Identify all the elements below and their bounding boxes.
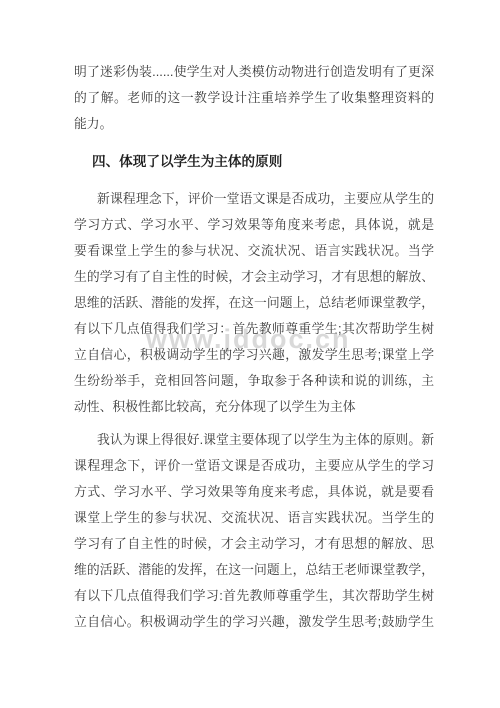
text-line: 维的活跃、潜能的发挥，在这一问题上，总结王老师课堂教学， bbox=[74, 557, 434, 583]
paragraph-opinion: 我认为课上得很好.课堂主要体现了以学生为主体的原则。新 课程理念下，评价一堂语文… bbox=[74, 427, 434, 635]
text-line: 思维的活跃、潜能的发挥，在这一问题上，总结老师课堂教学， bbox=[74, 290, 434, 316]
text-line: 要看课堂上学生的参与状况、交流状况、语言实践状况。当学 bbox=[74, 238, 434, 264]
section-heading: 四、体现了以学生为主体的原则 bbox=[92, 152, 434, 172]
text-line: 的了解。老师的这一教学设计注重培养学生了收集整理资料的 bbox=[74, 85, 434, 111]
text-line: 生的学习有了自主性的时候，才会主动学习，才有思想的解放、 bbox=[74, 264, 434, 290]
text-line: 明了迷彩伪装......使学生对人类模仿动物进行创造发明有了更深 bbox=[74, 59, 434, 85]
text-line: 动性、积极性都比较高，充分体现了以学生为主体 bbox=[74, 394, 434, 420]
text-line: 立自信心。积极调动学生的学习兴趣，激发学生思考;鼓励学生 bbox=[74, 609, 434, 635]
paragraph-evaluation: 新课程理念下，评价一堂语文课是否成功，主要应从学生的 学习方式、学习水平、学习效… bbox=[74, 186, 434, 420]
text-line: 能力。 bbox=[74, 111, 434, 137]
paragraph-continuation: 明了迷彩伪装......使学生对人类模仿动物进行创造发明有了更深 的了解。老师的… bbox=[74, 59, 434, 137]
text-line: 学习有了自主性的时候，才会主动学习，才有思想的解放、思 bbox=[74, 531, 434, 557]
document-page: www.jddoc.cn 明了迷彩伪装......使学生对人类模仿动物进行创造发… bbox=[0, 0, 500, 708]
text-line: 有以下几点值得我们学习:首先教师尊重学生，其次帮助学生树 bbox=[74, 583, 434, 609]
text-line: 新课程理念下，评价一堂语文课是否成功，主要应从学生的 bbox=[74, 186, 434, 212]
text-line: 生纷纷举手，竞相回答问题，争取参于各种读和说的训练，主 bbox=[74, 368, 434, 394]
text-line: 课堂上学生的参与状况、交流状况、语言实践状况。当学生的 bbox=[74, 505, 434, 531]
text-line: 我认为课上得很好.课堂主要体现了以学生为主体的原则。新 bbox=[74, 427, 434, 453]
text-line: 方式、学习水平、学习效果等角度来考虑，具体说，就是要看 bbox=[74, 479, 434, 505]
document-content: 明了迷彩伪装......使学生对人类模仿动物进行创造发明有了更深 的了解。老师的… bbox=[74, 59, 434, 635]
text-line: 有以下几点值得我们学习：首先教师尊重学生;其次帮助学生树 bbox=[74, 316, 434, 342]
text-line: 学习方式、学习水平、学习效果等角度来考虑，具体说，就是 bbox=[74, 212, 434, 238]
text-line: 立自信心，积极调动学生的学习兴趣，激发学生思考;课堂上学 bbox=[74, 342, 434, 368]
text-line: 课程理念下，评价一堂语文课是否成功，主要应从学生的学习 bbox=[74, 453, 434, 479]
